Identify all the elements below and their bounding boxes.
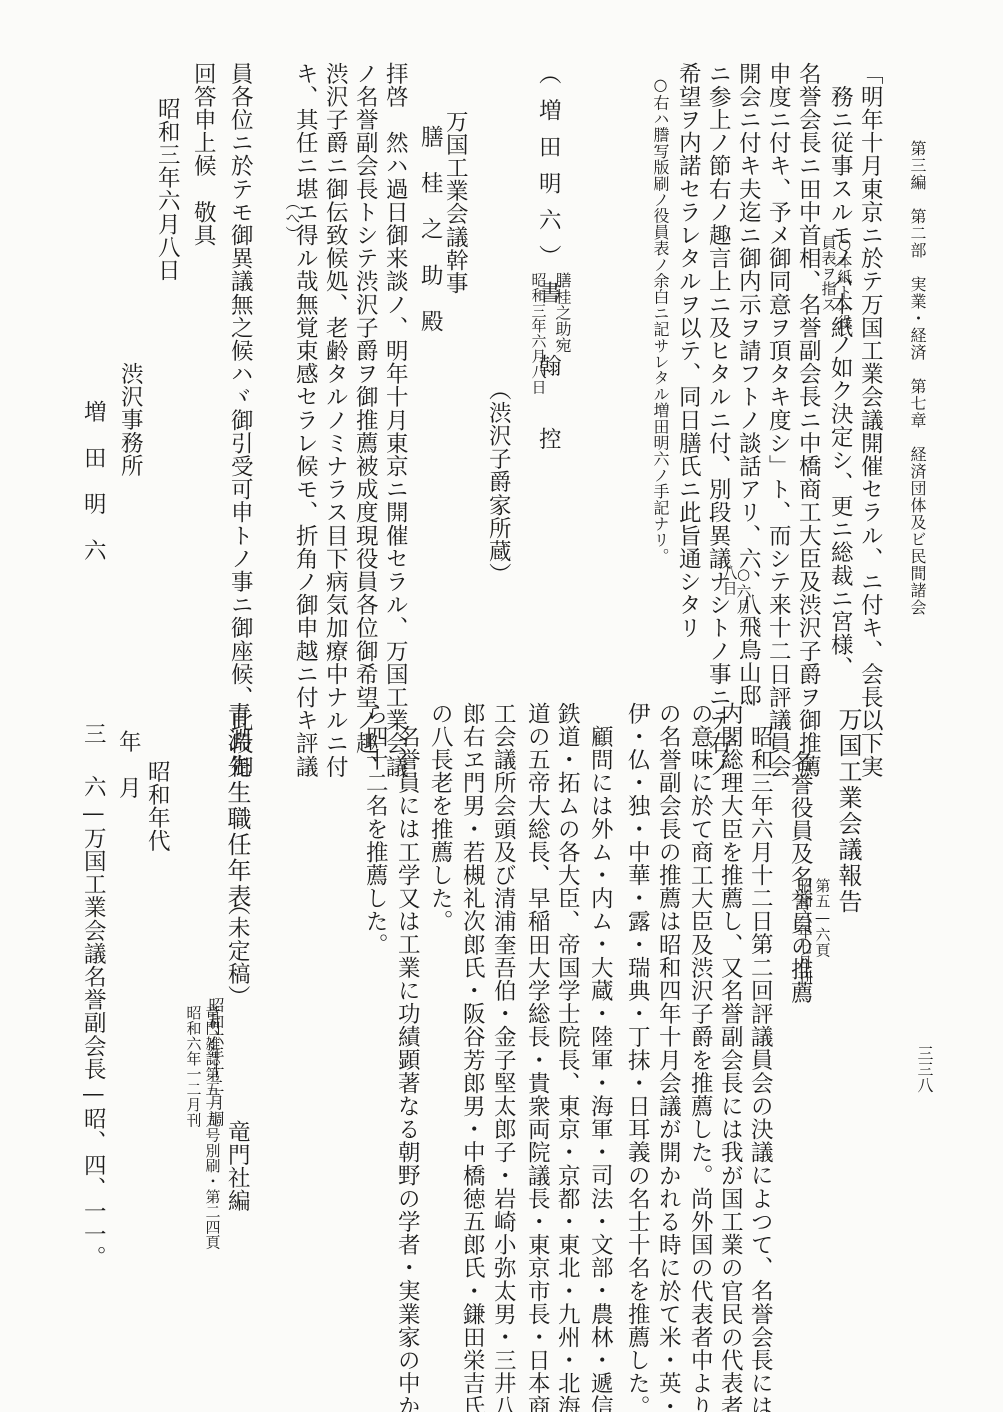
letter-line-text: 渋沢子爵ニ御伝致候処、老齢タルノミナラス目下病気加療中ナルニ付: [322, 62, 348, 778]
subheading-text: 名誉役員及名誉員の推薦: [787, 750, 813, 1004]
paragraph-line: の意味に於て商工大臣及渋沢子爵を推薦した。尚外国の代表者中より: [689, 702, 712, 1412]
document-page: 第三編 第二部 実業・経済 第七章 経済団体及ビ民間諸会 三三八 「明年十月東京…: [0, 0, 1003, 1412]
paragraph-line: 顧問には外ム・内ム・大蔵・陸軍・海軍・司法・文部・農林・遞信: [589, 725, 612, 1412]
report-title-text: 万国工業会議報告: [834, 707, 862, 915]
salutation-org: 万国工業会議幹事: [444, 110, 467, 295]
page-number-text: 三三八: [915, 1045, 934, 1093]
paragraph-line-text: 顧問には外ム・内ム・大蔵・陸軍・海軍・司法・文部・農林・遞信: [587, 725, 613, 1412]
subheading: 名誉役員及名誉員の推薦: [789, 750, 812, 1004]
quote-line: ノ如ク決定シ、更ニ総裁ニ宮様、: [829, 333, 852, 680]
letter-title-text: （増田明六）書 翰 控: [535, 62, 561, 464]
letter-ruby: （へ）: [285, 195, 300, 241]
letter-line-text: 員各位ニ於テモ御異議無之候ハヾ御引受可申トノ事ニ御座候、此段御: [227, 62, 253, 778]
running-header: 第三編 第二部 実業・経済 第七章 経済団体及ビ民間諸会: [909, 140, 925, 616]
chronology-draft-label: （未定稿）: [226, 893, 249, 1009]
letter-date-meta-text: 昭和三年六月八日: [530, 272, 548, 394]
chronology-title: 青淵先生職任年表: [225, 702, 249, 910]
paragraph-line: 道の五帝大総長、早稲田大学総長・貴衆両院議長・東京市長・日本商: [526, 702, 549, 1412]
inline-annotation-text: 八日: [721, 565, 739, 596]
paragraph-line: 工会議所会頭及び清浦奎吾伯・金子堅太郎子・岩崎小弥太男・三井八: [492, 702, 515, 1412]
letter-line: キ、其任ニ堪エ得ル哉無覚束感セラレ候モ、折角ノ御申越ニ付キ評議: [294, 62, 317, 778]
letter-line: 拝啓 然ハ過日御来談ノ、明年十月東京ニ開催セラル、万国工業会議: [384, 62, 407, 778]
year-month-header: 年 月: [117, 730, 140, 799]
paragraph-line-text: 道の五帝大総長、早稲田大学総長・貴衆両院議長・東京市長・日本商: [524, 702, 550, 1412]
paragraph-line: ら四十二名を推薦した。: [364, 702, 387, 956]
paragraph-line: の名誉副会長の推薦は昭和四年十月会議が開かれる時に於て米・英・: [657, 702, 680, 1412]
inline-annotation-text: ○本紙トハ役: [836, 235, 854, 330]
letter-date-meta: 昭和三年六月八日: [531, 272, 546, 394]
report-title: 万国工業会議報告: [836, 707, 860, 915]
paragraph-line-text: の名誉副会長の推薦は昭和四年十月会議が開かれる時に於て米・英・: [655, 702, 681, 1412]
quote-line-text: ノ如ク決定シ、更ニ総裁ニ宮様、: [827, 333, 853, 680]
salutation-name-text: 膳 桂 之 助 殿: [417, 125, 443, 333]
quote-line: 飛鳥山邸: [737, 615, 760, 707]
paragraph-line: 名誉員には工学又は工業に功績顕著なる朝野の学者・実業家の中か: [396, 725, 419, 1412]
chronology-publisher: 竜門社編: [226, 1120, 249, 1212]
inline-annotation: 八日: [722, 565, 737, 596]
entry-description-text: —万国工業会議名誉副会長—昭、四、一一。: [80, 800, 106, 1269]
inline-annotation: ○本紙トハ役: [837, 235, 852, 330]
sender-name-text: 増 田 明 六: [80, 400, 106, 562]
quote-line-text: 名誉会長ニ田中首相、名誉副会長ニ中橋商工大臣及渋沢子爵ヲ御推薦: [795, 62, 821, 778]
inline-annotation: 員表ヲ指ス: [821, 235, 836, 312]
sender-office: 渋沢事務所: [119, 362, 142, 478]
sender-name: 増 田 明 六: [82, 400, 105, 562]
paragraph-line: 郎右ヱ門男・若槻礼次郎氏・阪谷芳郎男・中橋徳五郎氏・鎌田栄吉氏: [461, 702, 484, 1412]
paragraph-line-text: 鉄道・拓ムの各大臣、帝国学士院長、東京・京都・東北・九州・北海: [554, 702, 580, 1412]
quote-line: 名誉会長ニ田中首相、名誉副会長ニ中橋商工大臣及渋沢子爵ヲ御推薦: [797, 62, 820, 778]
letter-line-text: 回答申上候 敬具: [190, 62, 216, 247]
salutation-org-text: 万国工業会議幹事: [442, 110, 468, 295]
chronology-title-text: 青淵先生職任年表: [223, 702, 251, 910]
paragraph-line: の八長老を推薦した。: [429, 702, 452, 933]
quote-line-text: 申度ニ付キ、予メ御同意ヲ頂タキ度シ」ト、而シテ来十二日評議員会: [765, 62, 791, 778]
paragraph-line-text: 名誉員には工学又は工業に功績顕著なる朝野の学者・実業家の中か: [394, 725, 420, 1412]
entry-description: —万国工業会議名誉副会長—昭、四、一一。: [82, 800, 105, 1269]
chronology-publisher-text: 竜門社編: [224, 1120, 250, 1212]
letter-ruby-text: （へ）: [284, 195, 302, 241]
letter-line: 渋沢子爵ニ御伝致候処、老齢タルノミナラス目下病気加療中ナルニ付: [324, 62, 347, 778]
quote-line: 開会ニ付キ夫迄ニ御内示ヲ請フトノ談話アリ、六、八: [737, 62, 760, 616]
entry-year: 三: [82, 722, 105, 745]
quote-line-text: 「明年十月東京ニ於テ万国工業会議開催セラル、ニ付キ、会長以下実: [857, 62, 883, 778]
chronology-draft-text: （未定稿）: [224, 893, 250, 1009]
running-header-text: 第三編 第二部 実業・経済 第七章 経済団体及ビ民間諸会: [908, 140, 927, 616]
paragraph-line: 昭和三年六月十二日第二回評議員会の決議によつて、名誉会長には: [749, 725, 772, 1412]
letter-line-text: ノ名誉副会長トシテ渋沢子爵ヲ御推薦被成度現役員各位御希望ノ趣、: [352, 62, 378, 778]
letter-line-text: キ、其任ニ堪エ得ル哉無覚束感セラレ候モ、折角ノ御申越ニ付キ評議: [292, 62, 318, 778]
paragraph-line: 内閣総理大臣を推薦し、又名誉副会長には我が国工業の官民の代表者: [719, 702, 742, 1412]
paragraph-line: 伊・仏・独・中華・露・瑞典・丁抹・日耳義の名士十名を推薦した。: [626, 702, 649, 1412]
paragraph-line-text: 郎右ヱ門男・若槻礼次郎氏・阪谷芳郎男・中橋徳五郎氏・鎌田栄吉氏: [459, 702, 485, 1412]
letter-line: ノ名誉副会長トシテ渋沢子爵ヲ御推薦被成度現役員各位御希望ノ趣、: [354, 62, 377, 778]
era-label-text: 昭和年代: [144, 760, 170, 852]
chronology-source: 昭和六年一二月刊: [186, 1005, 201, 1127]
quote-line: 希望ヲ内諾セラレタルヲ以テ、同日膳氏ニ此旨通シタリ: [677, 62, 700, 640]
letter-date: 昭和三年六月八日: [156, 97, 179, 282]
paragraph-line-text: の八長老を推薦した。: [427, 702, 453, 933]
era-label: 昭和年代: [146, 760, 169, 852]
letter-addressee-meta-text: 膳桂之助宛: [553, 272, 572, 353]
page-number: 三三八: [916, 1045, 932, 1093]
quote-line: ニ参上ノ節右ノ趣言上ニ及ヒタルニ付、別段異議ナシトノ事ニテ右ノ: [707, 62, 730, 778]
report-meta-text: 第五—六頁: [814, 878, 832, 958]
letter-line-text: 拝啓 然ハ過日御来談ノ、明年十月東京ニ開催セラル、万国工業会議: [382, 62, 408, 778]
paragraph-line-text: 内閣総理大臣を推薦し、又名誉副会長には我が国工業の官民の代表者: [717, 702, 743, 1412]
paragraph-line-text: 昭和三年六月十二日第二回評議員会の決議によつて、名誉会長には: [747, 725, 773, 1412]
editor-note-text: ○右ハ謄写版刷ノ役員表ノ余白ニ記サレタル増田明六ノ手記ナリ。: [651, 75, 670, 564]
report-meta: 第五—六頁: [815, 878, 830, 958]
salutation-name: 膳 桂 之 助 殿: [419, 125, 442, 333]
chronology-source-text: 竜門雑誌第五一九号別刷・第二四頁: [204, 1005, 222, 1250]
letter-title: （増田明六）書 翰 控: [537, 62, 560, 464]
entry-month: 六: [82, 775, 105, 798]
year-month-header-text: 年 月: [115, 730, 141, 799]
quote-line-text: 希望ヲ内諾セラレタルヲ以テ、同日膳氏ニ此旨通シタリ: [675, 62, 701, 640]
letter-date-text: 昭和三年六月八日: [154, 97, 180, 282]
paragraph-line-text: ら四十二名を推薦した。: [362, 702, 388, 956]
source-citation-text: （渋沢子爵家所蔵）: [485, 378, 511, 586]
quote-line-text: 飛鳥山邸: [735, 615, 761, 707]
paragraph-line-text: の意味に於て商工大臣及渋沢子爵を推薦した。尚外国の代表者中より: [687, 702, 713, 1412]
entry-year-text: 三: [80, 722, 106, 745]
letter-line: 回答申上候 敬具: [192, 62, 215, 247]
paragraph-line: 鉄道・拓ムの各大臣、帝国学士院長、東京・京都・東北・九州・北海: [556, 702, 579, 1412]
source-citation: （渋沢子爵家所蔵）: [487, 378, 510, 586]
editor-note: ○右ハ謄写版刷ノ役員表ノ余白ニ記サレタル増田明六ノ手記ナリ。: [652, 75, 668, 564]
letter-line: 員各位ニ於テモ御異議無之候ハヾ御引受可申トノ事ニ御座候、此段御: [229, 62, 252, 778]
quote-line: 「明年十月東京ニ於テ万国工業会議開催セラル、ニ付キ、会長以下実: [859, 62, 882, 778]
quote-line-text: ニ参上ノ節右ノ趣言上ニ及ヒタルニ付、別段異議ナシトノ事ニテ右ノ: [705, 62, 731, 778]
inline-annotation-text: 員表ヲ指ス: [820, 235, 838, 312]
sender-office-text: 渋沢事務所: [117, 362, 143, 478]
chronology-source-text: 昭和六年一二月刊: [185, 1005, 203, 1127]
paragraph-line-text: 伊・仏・独・中華・露・瑞典・丁抹・日耳義の名士十名を推薦した。: [624, 702, 650, 1412]
letter-addressee-meta: 膳桂之助宛: [554, 272, 570, 353]
chronology-source: 竜門雑誌第五一九号別刷・第二四頁: [205, 1005, 220, 1250]
paragraph-line-text: 工会議所会頭及び清浦奎吾伯・金子堅太郎子・岩崎小弥太男・三井八: [490, 702, 516, 1412]
quote-line: 申度ニ付キ、予メ御同意ヲ頂タキ度シ」ト、而シテ来十二日評議員会: [767, 62, 790, 778]
quote-line-text: 開会ニ付キ夫迄ニ御内示ヲ請フトノ談話アリ、六、八: [735, 62, 761, 616]
entry-month-text: 六: [80, 775, 106, 798]
